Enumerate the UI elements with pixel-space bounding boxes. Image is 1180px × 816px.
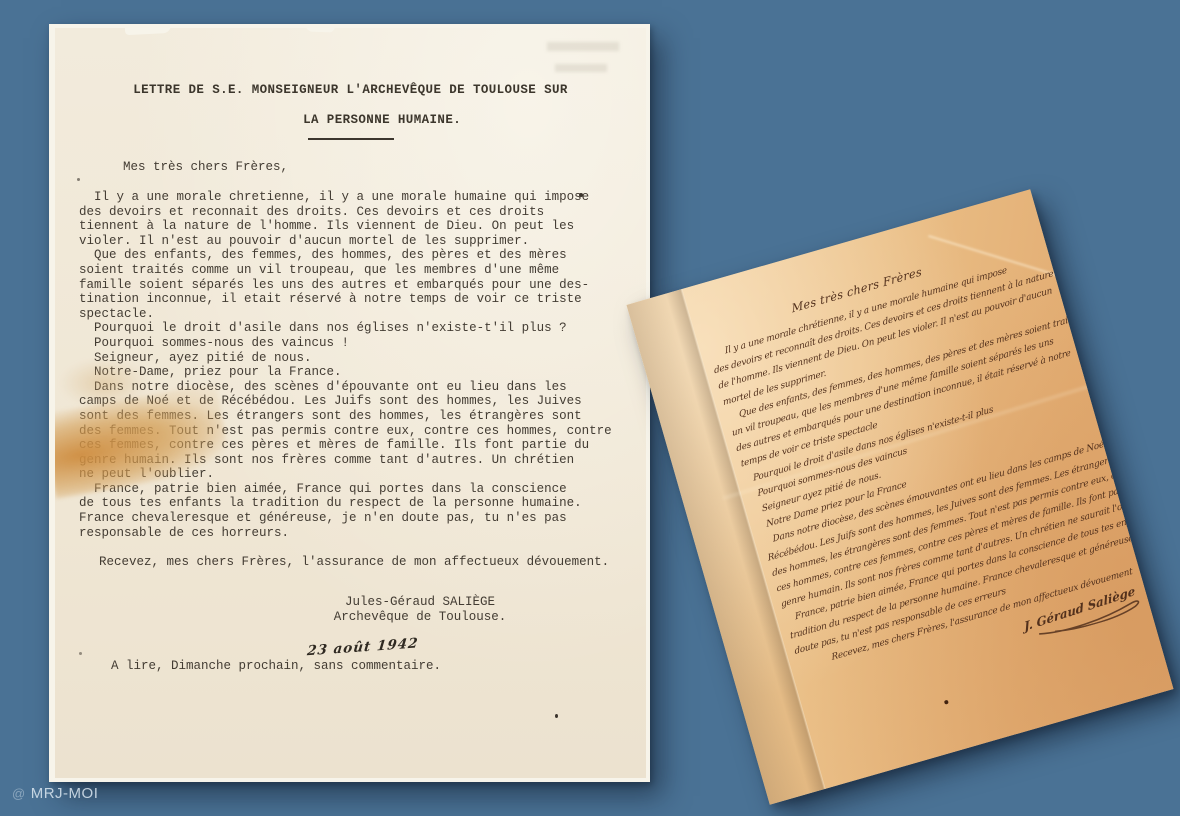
ink-bleedthrough-mark [547, 42, 619, 51]
letter-body-line: Notre-Dame, priez pour la France. [79, 365, 646, 380]
letter-body-line: Pourquoi le droit d'asile dans nos églis… [79, 321, 646, 336]
photo-montage-background: LETTRE DE S.E. MONSEIGNEUR L'ARCHEVÊQUE … [0, 0, 1180, 816]
signature-name: Jules-Géraud SALIÈGE [345, 595, 495, 609]
letter-body: Il y a une morale chretienne, il y a une… [79, 190, 646, 540]
letter-body-line: France, patrie bien aimée, France qui po… [79, 482, 646, 497]
letter-title-line2: LA PERSONNE HUMAINE. [303, 113, 461, 127]
letter-body-line: famille soient séparés les uns des autre… [79, 278, 646, 293]
letter-body-line: Il y a une morale chretienne, il y a une… [79, 190, 646, 205]
letter-postscript: A lire, Dimanche prochain, sans commenta… [111, 659, 646, 673]
handwritten-date: 23 août 1942 [306, 635, 427, 660]
ink-speck [77, 178, 80, 181]
typed-letter-page: LETTRE DE S.E. MONSEIGNEUR L'ARCHEVÊQUE … [55, 28, 646, 778]
at-sign-icon: @ [12, 786, 26, 801]
letter-body-line: responsable de ces horreurs. [79, 526, 646, 541]
watermark-text: MRJ-MOI [31, 785, 99, 802]
letter-body-line: tination inconnue, il etait réservé à no… [79, 292, 646, 307]
signature-title: Archevêque de Toulouse. [334, 610, 507, 624]
letter-title-line1: LETTRE DE S.E. MONSEIGNEUR L'ARCHEVÊQUE … [133, 83, 568, 97]
letter-body-line: tiennent à la nature de l'homme. Ils vie… [79, 219, 646, 234]
title-divider-rule [308, 138, 394, 140]
typed-letter-backing-sheet: LETTRE DE S.E. MONSEIGNEUR L'ARCHEVÊQUE … [49, 24, 650, 782]
paper-tear [125, 28, 171, 35]
letter-body-line: des devoirs et reconnait des droits. Ces… [79, 205, 646, 220]
ink-bleedthrough-mark [555, 64, 607, 72]
manuscript-page: Mes très chers Frères Il y a une morale … [626, 189, 1173, 805]
letter-body-line: France chevaleresque et généreuse, je n'… [79, 511, 646, 526]
ink-speck [944, 700, 949, 705]
ink-speck [579, 193, 583, 197]
letter-body-line: Que des enfants, des femmes, des hommes,… [79, 248, 646, 263]
letter-title: LETTRE DE S.E. MONSEIGNEUR L'ARCHEVÊQUE … [55, 83, 646, 128]
letter-body-line: Seigneur, ayez pitié de nous. [79, 351, 646, 366]
ink-speck [555, 714, 558, 718]
letter-body-line: Pourquoi sommes-nous des vaincus ! [79, 336, 646, 351]
watermark: @MRJ-MOI [12, 785, 98, 802]
letter-body-line: violer. Il n'est au pouvoir d'aucun mort… [79, 234, 646, 249]
letter-body-line: soient traités comme un vil troupeau, qu… [79, 263, 646, 278]
letter-signature-block: Jules-Géraud SALIÈGE Archevêque de Toulo… [275, 595, 565, 625]
letter-salutation: Mes très chers Frères, [123, 160, 646, 174]
letter-closing: Recevez, mes chers Frères, l'assurance d… [99, 555, 646, 569]
ink-speck [79, 652, 82, 655]
paper-tear [305, 28, 335, 33]
letter-body-line: spectacle. [79, 307, 646, 322]
letter-body-line: de tous tes enfants la tradition du resp… [79, 496, 646, 511]
